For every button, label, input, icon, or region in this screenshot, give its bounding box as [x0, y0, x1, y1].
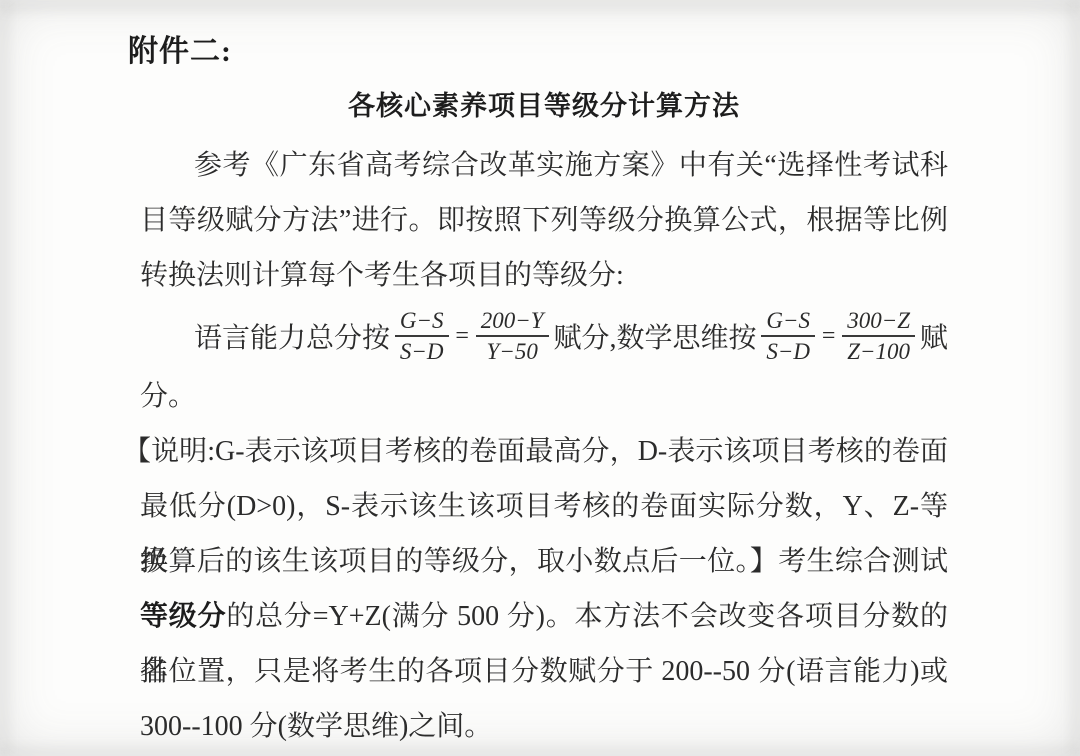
- summary-bold-term: 等级分: [140, 601, 226, 632]
- formula-prefix: 语言能力总分按: [194, 316, 390, 356]
- fraction-gs-sd-2: G−S S−D: [761, 307, 815, 365]
- attachment-label: 附件二:: [128, 26, 232, 70]
- fraction-numerator: G−S: [761, 307, 815, 337]
- equals-sign: =: [820, 323, 838, 350]
- fraction-denominator: Y−50: [482, 337, 543, 365]
- fraction-gs-sd-1: G−S S−D: [395, 307, 449, 365]
- note-line-3: 换算后的该生该项目的等级分，取小数点后一位。】考生综合测试: [140, 534, 948, 589]
- formula-middle: 赋分,数学思维按: [553, 316, 756, 356]
- note-line-2: 最低分(D>0)，S-表示该生该项目考核的卷面实际分数，Y、Z-等级: [140, 479, 948, 534]
- equals-sign: =: [453, 323, 471, 350]
- scan-edge-artifact: [1072, 0, 1080, 756]
- summary-line-2: 名位置，只是将考生的各项目分数赋分于 200--50 分(语言能力)或: [140, 644, 948, 699]
- scan-edge-artifact: [0, 0, 8, 756]
- paragraph-line-1: 参考《广东省高考综合改革实施方案》中有关“选择性考试科: [140, 138, 948, 193]
- fraction-denominator: Z−100: [842, 337, 915, 365]
- summary-line-3: 300--100 分(数学思维)之间。: [140, 699, 948, 754]
- fraction-numerator: G−S: [395, 307, 449, 337]
- paragraph-line-3: 转换法则计算每个考生各项目的等级分:: [140, 248, 948, 303]
- document-title: 各核心素养项目等级分计算方法: [140, 84, 948, 123]
- formula-tail-line: 分。: [140, 369, 948, 424]
- formula-suffix: 赋: [920, 316, 948, 356]
- fraction-300z-z100: 300−Z Z−100: [842, 307, 915, 365]
- summary-line-1: 等级分的总分=Y+Z(满分 500 分)。本方法不会改变各项目分数的排: [140, 589, 948, 644]
- fraction-numerator: 300−Z: [842, 307, 915, 337]
- paragraph-line-2: 目等级赋分方法”进行。即按照下列等级分换算公式，根据等比例: [140, 193, 948, 248]
- scan-edge-artifact: [0, 0, 1080, 10]
- note-line-1: 【说明:G-表示该项目考核的卷面最高分，D-表示该项目考核的卷面: [123, 424, 948, 479]
- fraction-numerator: 200−Y: [476, 307, 549, 337]
- document-page: 附件二: 各核心素养项目等级分计算方法 参考《广东省高考综合改革实施方案》中有关…: [0, 0, 1080, 756]
- fraction-200y-y50: 200−Y Y−50: [476, 307, 549, 365]
- fraction-denominator: S−D: [761, 337, 815, 365]
- formula-line: 语言能力总分按 G−S S−D = 200−Y Y−50 赋分,数学思维按 G−…: [140, 303, 948, 369]
- fraction-denominator: S−D: [395, 337, 449, 365]
- document-body: 参考《广东省高考综合改革实施方案》中有关“选择性考试科 目等级赋分方法”进行。即…: [140, 138, 948, 754]
